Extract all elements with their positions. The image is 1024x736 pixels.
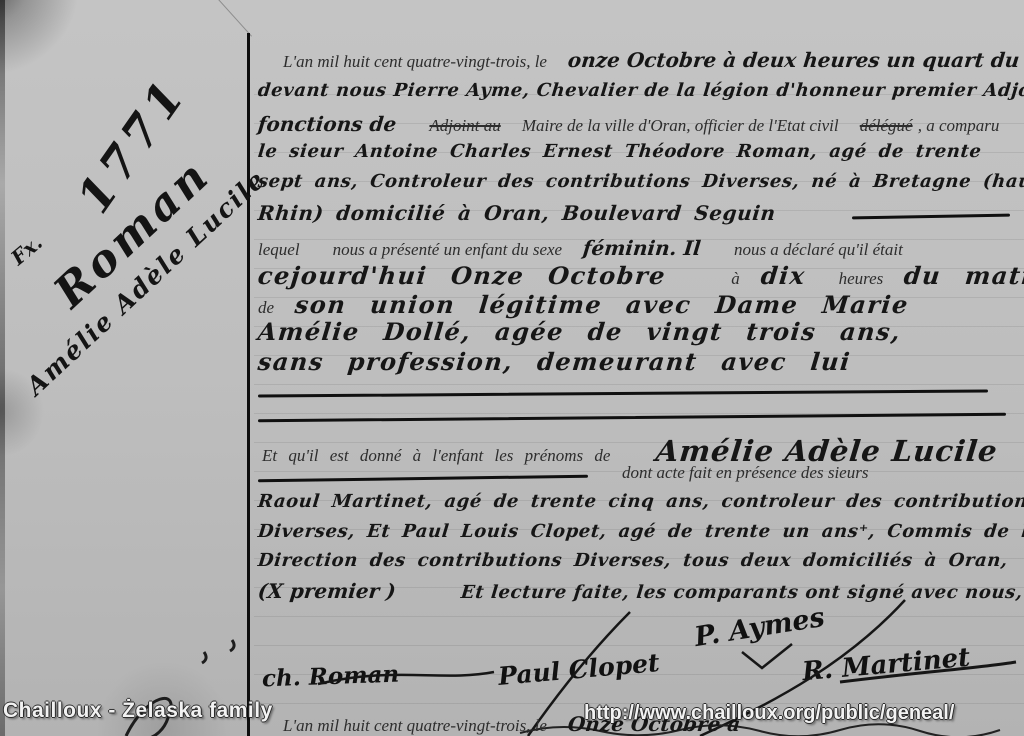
handwritten-text: dix <box>759 261 807 290</box>
printed-text: Maire de la ville d'Oran, officier de l'… <box>522 116 839 135</box>
margin-rule <box>247 33 250 736</box>
printed-text: à <box>731 269 740 288</box>
act-line-17: Diverses, Et Paul Louis Clopet, agé de t… <box>258 521 1024 542</box>
act-line-6: Rhin) domicilié à Oran, Boulevard Seguin <box>258 201 776 225</box>
handwritten-text: Raoul Martinet, agé de trente cinq ans, … <box>257 491 1024 512</box>
act-line-9: de son union légitime avec Dame Marie <box>258 290 909 319</box>
printed-text: , a comparu <box>918 116 1000 135</box>
act-line-10: Amélie Dollé, agée de vingt trois ans, <box>258 317 901 346</box>
act-line-4: le sieur Antoine Charles Ernest Théodore… <box>258 141 982 162</box>
margin-note: Fx. <box>6 230 47 270</box>
handwritten-text: du matin <box>903 261 1024 290</box>
act-line-2: devant nous Pierre Ayme, Chevalier de la… <box>258 80 1024 101</box>
printed-text: L'an mil huit cent quatre-vingt-trois, l… <box>283 716 547 735</box>
handwritten-text: cejourd'hui Onze Octobre <box>256 261 667 290</box>
act-line-3: fonctions de Adjoint au Maire de la vill… <box>258 112 999 136</box>
handwritten-text: sans profession, demeurant avec lui <box>256 347 852 376</box>
scan-edge-shadow <box>0 0 5 736</box>
handwritten-text: sept ans, Controleur des contributions D… <box>257 171 1024 192</box>
printed-text: dont acte fait en présence des sieurs <box>622 463 868 482</box>
printed-text: de <box>258 298 274 317</box>
signature-father: ch. Roman <box>262 661 400 693</box>
act-line-witness-intro: dont acte fait en présence des sieurs <box>622 463 868 483</box>
printed-text: nous a présenté un enfant du sexe <box>333 240 562 259</box>
act-line-5: sept ans, Controleur des contributions D… <box>258 171 1024 192</box>
act-line-19: (X premier ) Et lecture faite, les compa… <box>258 579 1023 603</box>
act-line-11: sans profession, demeurant avec lui <box>258 347 851 376</box>
act-line-18: Direction des contributions Diverses, to… <box>258 550 1008 571</box>
footer-family-label: Chailloux - Żelaska family <box>3 699 273 723</box>
act-line-1: L'an mil huit cent quatre-vingt-trois, l… <box>283 48 1024 72</box>
handwritten-text: Amélie Dollé, agée de vingt trois ans, <box>256 317 902 346</box>
handwritten-text: fonctions de <box>257 112 398 136</box>
printed-text: lequel <box>258 240 300 259</box>
footer-url-label: http://www.chailloux.org/public/geneal/ <box>584 702 954 725</box>
printed-text: heures <box>839 269 884 288</box>
act-line-16: Raoul Martinet, agé de trente cinq ans, … <box>258 491 1024 512</box>
handwritten-text: le sieur Antoine Charles Ernest Théodore… <box>257 141 983 162</box>
struck-printed-text: délégué <box>860 116 913 135</box>
handwritten-text: Et lecture faite, les comparants ont sig… <box>460 582 1024 603</box>
printed-text: Et qu'il est donné à l'enfant les prénom… <box>262 446 610 465</box>
act-line-8: cejourd'hui Onze Octobre à dix heures du… <box>258 261 1024 290</box>
struck-printed-text: Adjoint au <box>429 116 500 135</box>
printed-text: L'an mil huit cent quatre-vingt-trois, l… <box>283 52 547 71</box>
handwritten-text: féminin. Il <box>582 236 702 260</box>
handwritten-text: Rhin) domicilié à Oran, Boulevard Seguin <box>257 201 777 225</box>
handwritten-text: onze Octobre à deux heures un quart du s… <box>567 48 1024 72</box>
handwritten-text: devant nous Pierre Ayme, Chevalier de la… <box>257 80 1024 101</box>
handwritten-text: (X premier ) <box>257 579 397 603</box>
handwritten-text: Diverses, Et Paul Louis Clopet, agé de t… <box>257 521 1024 542</box>
handwritten-text: Direction des contributions Diverses, to… <box>257 550 1009 571</box>
margin-diagonal-line <box>142 0 252 37</box>
printed-text: nous a déclaré qu'il était <box>734 240 903 259</box>
act-line-7: lequel nous a présenté un enfant du sexe… <box>258 236 903 260</box>
handwritten-text: son union légitime avec Dame Marie <box>294 290 911 319</box>
document-scan: 1771 Roman Amélie Adèle Lucile Fx. L'an … <box>0 0 1024 736</box>
